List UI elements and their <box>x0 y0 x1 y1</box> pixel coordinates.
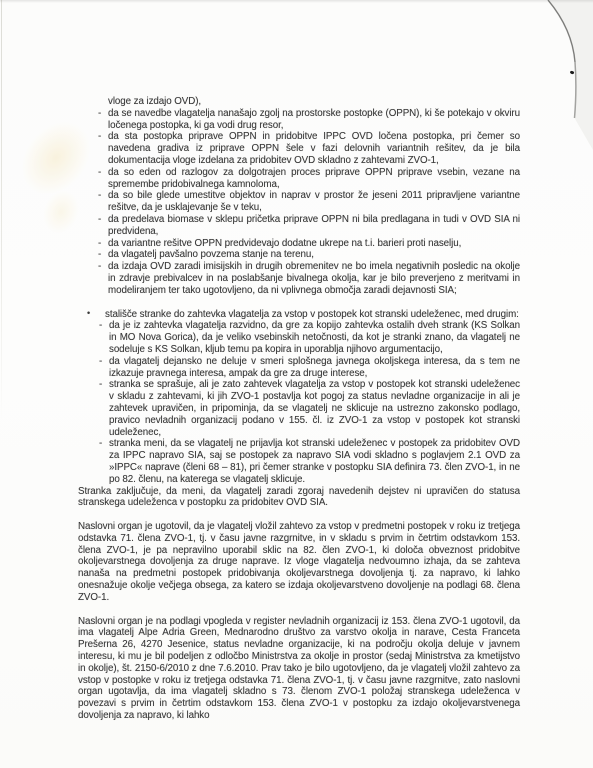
bullet-marker: • <box>87 308 90 320</box>
remark-text: da vlagatelj pavšalno povzema stanje na … <box>108 249 314 260</box>
page-fold-corner-icon <box>518 0 593 150</box>
remark-item: - da predelava biomase v sklepu pričetka… <box>108 214 520 238</box>
dash-marker: - <box>99 320 102 332</box>
sub-remark-text: da vlagatelj dejansko ne deluje v smeri … <box>109 356 520 379</box>
bullet-item: • stališče stranke do zahtevka vlagatelj… <box>105 309 520 321</box>
remark-text: da sta postopka priprave OPPN in pridobi… <box>108 131 520 166</box>
remark-item: - da se navedbe vlagatelja nanašajo zgol… <box>108 108 520 132</box>
sub-remark-item: - stranka se sprašuje, ali je zato zahte… <box>109 379 520 438</box>
remark-item: - da variantne rešitve OPPN predvidevajo… <box>108 238 520 250</box>
dash-marker: - <box>98 167 101 179</box>
sub-remark-item: - da vlagatelj dejansko ne deluje v smer… <box>109 356 520 380</box>
dash-marker: - <box>98 214 101 226</box>
remark-item: - da so bile glede umestitve objektov in… <box>108 190 520 214</box>
sub-remark-text: stranka se sprašuje, ali je zato zahteve… <box>109 379 520 437</box>
position-section: • stališče stranke do zahtevka vlagatelj… <box>78 309 520 486</box>
dash-marker: - <box>98 261 101 273</box>
continuation-line: vloge za izdajo OVD), <box>108 96 520 108</box>
scanned-document-page: vloge za izdajo OVD), - da se navedbe vl… <box>0 0 593 768</box>
dash-marker: - <box>99 356 102 368</box>
sub-remark-item: - da je iz zahtevka vlagatelja razvidno,… <box>109 320 520 355</box>
remark-item: - da so eden od razlogov za dolgotrajen … <box>108 167 520 191</box>
dash-marker: - <box>98 238 101 250</box>
dash-marker: - <box>98 190 101 202</box>
body-paragraph: Naslovni organ je ugotovil, da je vlagat… <box>78 521 520 604</box>
remark-text: da so eden od razlogov za dolgotrajen pr… <box>108 167 520 190</box>
remark-item: - da sta postopka priprave OPPN in prido… <box>108 131 520 166</box>
remark-text: da so bile glede umestitve objektov in n… <box>108 190 520 213</box>
document-body: vloge za izdajo OVD), - da se navedbe vl… <box>78 96 520 722</box>
dash-marker: - <box>99 379 102 391</box>
dash-marker: - <box>98 249 101 261</box>
dash-marker: - <box>98 131 101 143</box>
remark-text: da variantne rešitve OPPN predvidevajo d… <box>108 238 461 249</box>
remark-text: da se navedbe vlagatelja nanašajo zgolj … <box>108 108 520 131</box>
sub-remark-list: - da je iz zahtevka vlagatelja razvidno,… <box>78 320 520 485</box>
remark-item: - da izdaja OVD zaradi imisijskih in dru… <box>108 261 520 296</box>
sub-remark-text: stranka meni, da se vlagatelj ne prijavl… <box>109 438 520 484</box>
bullet-intro-text: stališče stranke do zahtevka vlagatelja … <box>105 309 519 320</box>
body-paragraph: Naslovni organ je na podlagi vpogleda v … <box>78 616 520 722</box>
remark-item: - da vlagatelj pavšalno povzema stanje n… <box>108 249 520 261</box>
sub-remark-item: - stranka meni, da se vlagatelj ne prija… <box>109 438 520 485</box>
dash-marker: - <box>98 108 101 120</box>
remark-text: da izdaja OVD zaradi imisijskih in drugi… <box>108 261 520 296</box>
closing-statement: Stranka zaključuje, da meni, da vlagatel… <box>78 486 520 510</box>
sub-remark-text: da je iz zahtevka vlagatelja razvidno, d… <box>109 320 520 355</box>
remark-text: da predelava biomase v sklepu pričetka p… <box>108 214 520 237</box>
dash-marker: - <box>99 438 102 450</box>
